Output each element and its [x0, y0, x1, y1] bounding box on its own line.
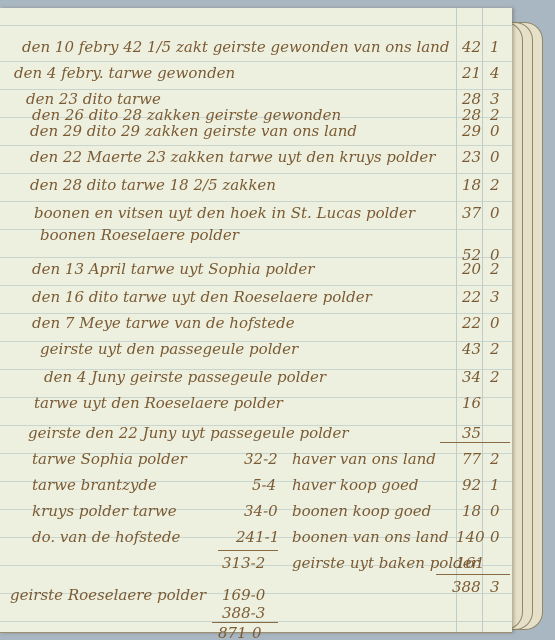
entry-sub-amount: 0 — [490, 204, 500, 222]
summary-row: do. van de hofstede241-1boonen van ons l… — [0, 528, 512, 552]
summary-row: tarwe Sophia polder32-2haver van ons lan… — [0, 450, 512, 474]
summary-right-text: geirste uyt baken polder — [292, 554, 479, 572]
ledger-row: boonen en vitsen uyt den hoek in St. Luc… — [0, 204, 512, 228]
summary-row: kruys polder tarwe34-0boonen koop goed18… — [0, 502, 512, 526]
entry-sub-amount: 0 — [490, 148, 500, 166]
entry-text: tarwe uyt den Roeselaere polder — [34, 394, 283, 412]
summary-right-sub: 0 — [490, 502, 500, 520]
final-text: geirste Roeselaere polder — [10, 586, 206, 604]
entry-sub-amount: 2 — [490, 340, 500, 358]
entry-text: geirste den 22 Juny uyt passegeule polde… — [28, 424, 349, 442]
summary-right-amount: 77 — [462, 450, 481, 468]
entry-text: den 4 febry. tarwe gewonden — [14, 64, 235, 82]
summary-left-subtotal: 313-2 — [222, 554, 265, 572]
summary-right-text: boonen van ons land — [292, 528, 449, 546]
entry-amount: 21 — [462, 64, 481, 82]
grand-total-rule — [212, 622, 278, 623]
summary-right-text: haver van ons land — [292, 450, 436, 468]
entry-sub-amount: 2 — [490, 176, 500, 194]
entry-sub-amount: 0 — [490, 314, 500, 332]
entry-amount: 23 — [462, 148, 481, 166]
summary-row: tarwe brantzyde5-4haver koop goed921 — [0, 476, 512, 500]
entry-amount: 29 — [462, 122, 481, 140]
grand-total-sub: 0 — [252, 624, 262, 640]
ledger-row: den 22 Maerte 23 zakken tarwe uyt den kr… — [0, 148, 512, 172]
summary-right-amount: 92 — [462, 476, 481, 494]
ledger-row: den 28 dito tarwe 18 2/5 zakken182 — [0, 176, 512, 200]
summary-right-text: boonen koop goed — [292, 502, 431, 520]
ledger-row: den 16 dito tarwe uyt den Roeselaere pol… — [0, 288, 512, 312]
summary-left-text: kruys polder tarwe — [32, 502, 177, 520]
summary-left-text: do. van de hofstede — [32, 528, 180, 546]
entry-amount: 20 — [462, 260, 481, 278]
entry-sub-amount: 2 — [490, 368, 500, 386]
entry-text: den 4 Juny geirste passegeule polder — [44, 368, 326, 386]
entry-amount: 22 — [462, 288, 481, 306]
summary-right-sub: 1 — [490, 476, 500, 494]
summary-right-sub: 0 — [490, 528, 500, 546]
summary-right-amount: 18 — [462, 502, 481, 520]
entry-sub-amount: 4 — [490, 64, 500, 82]
entry-text: den 28 dito tarwe 18 2/5 zakken — [30, 176, 276, 194]
carry-amount: 388-3 — [222, 604, 265, 622]
ledger-page: den 10 febry 42 1/5 zakt geirste gewonde… — [0, 8, 512, 633]
ledger-row: geirste uyt den passegeule polder432 — [0, 340, 512, 364]
entry-amount: 18 — [462, 176, 481, 194]
summary-left-amount: 34-0 — [244, 502, 278, 520]
entry-text: boonen Roeselaere polder — [40, 226, 239, 244]
summary-left-amount: 32-2 — [244, 450, 278, 468]
ledger-book: den 10 febry 42 1/5 zakt geirste gewonde… — [0, 8, 548, 636]
ledger-row: den 29 dito 29 zakken geirste van ons la… — [0, 122, 512, 146]
subtotal-rule — [218, 550, 278, 551]
entry-text: den 10 febry 42 1/5 zakt geirste gewonde… — [22, 38, 449, 56]
ledger-row: den 4 Juny geirste passegeule polder342 — [0, 368, 512, 392]
ledger-row: den 7 Meye tarwe van de hofstede220 — [0, 314, 512, 338]
entry-text: geirste uyt den passegeule polder — [40, 340, 298, 358]
entry-text: den 22 Maerte 23 zakken tarwe uyt den kr… — [30, 148, 435, 166]
grand-total-row: 8710 — [0, 624, 512, 640]
entry-sub-amount: 3 — [490, 288, 500, 306]
summary-left-text: tarwe Sophia polder — [32, 450, 187, 468]
final-amount: 169-0 — [222, 586, 265, 604]
ledger-row: den 4 febry. tarwe gewonden214 — [0, 64, 512, 88]
entry-text: boonen en vitsen uyt den hoek in St. Luc… — [34, 204, 415, 222]
entry-amount: 35 — [462, 424, 481, 442]
entry-sub-amount: 1 — [490, 38, 500, 56]
total-rule — [440, 442, 510, 443]
ledger-row: tarwe uyt den Roeselaere polder16 — [0, 394, 512, 418]
summary-left-amount: 241-1 — [236, 528, 279, 546]
entry-text: den 7 Meye tarwe van de hofstede — [32, 314, 295, 332]
entry-sub-amount: 2 — [490, 260, 500, 278]
entry-amount: 16 — [462, 394, 481, 412]
ledger-row: boonen Roeselaere polder520 — [0, 226, 512, 250]
entry-amount: 42 — [462, 38, 481, 56]
summary-left-amount: 5-4 — [252, 476, 276, 494]
ledger-row: geirste den 22 Juny uyt passegeule polde… — [0, 424, 512, 448]
summary-right-amount: 161 — [456, 554, 485, 572]
ledger-row: den 13 April tarwe uyt Sophia polder202 — [0, 260, 512, 284]
grand-total: 871 — [218, 624, 247, 640]
summary-right-sub: 2 — [490, 450, 500, 468]
entry-text: den 13 April tarwe uyt Sophia polder — [32, 260, 314, 278]
ledger-row: den 10 febry 42 1/5 zakt geirste gewonde… — [0, 38, 512, 62]
summary-right-text: haver koop goed — [292, 476, 419, 494]
entry-amount: 22 — [462, 314, 481, 332]
entry-amount: 34 — [462, 368, 481, 386]
entry-amount: 43 — [462, 340, 481, 358]
total-rule — [436, 574, 510, 575]
entry-text: den 16 dito tarwe uyt den Roeselaere pol… — [32, 288, 372, 306]
entry-sub-amount: 0 — [490, 122, 500, 140]
entry-text: den 29 dito 29 zakken geirste van ons la… — [30, 122, 357, 140]
summary-right-amount: 140 — [456, 528, 485, 546]
summary-left-text: tarwe brantzyde — [32, 476, 157, 494]
entry-amount: 37 — [462, 204, 481, 222]
